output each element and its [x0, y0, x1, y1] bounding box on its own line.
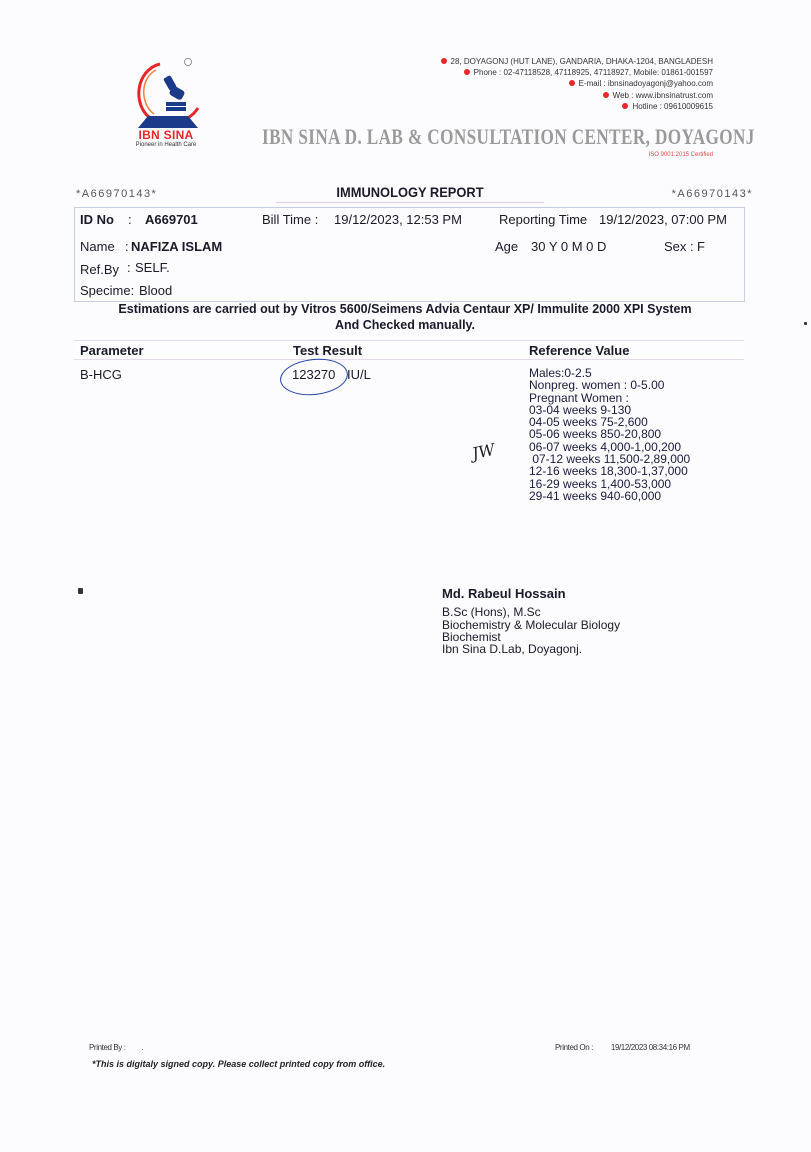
scan-artifact — [804, 322, 807, 325]
contact-hotline: Hotline : 09610009615 — [441, 101, 713, 112]
bullet-icon — [569, 80, 575, 86]
printed-on-value: 19/12/2023 08:34:16 PM — [611, 1043, 690, 1052]
bullet-icon — [441, 58, 447, 64]
reference-line: 12-16 weeks 18,300-1,37,000 — [529, 465, 690, 477]
patient-info-box: ID No : A669701 Bill Time : 19/12/2023, … — [74, 207, 745, 302]
id-value: A669701 — [145, 212, 198, 227]
parameter-bhcg: B-HCG — [80, 367, 122, 382]
refby-label: Ref.By — [80, 262, 119, 277]
handwritten-circle-annotation — [278, 356, 349, 399]
contact-phone: Phone : 02-47118528, 47118925, 47118927,… — [441, 67, 713, 78]
iso-certification: ISO 9001:2015 Certified — [649, 152, 713, 158]
refby-colon: : — [127, 260, 131, 275]
name-colon: : — [125, 239, 129, 254]
specimen-label: Specime: — [80, 283, 134, 298]
barcode-id-right: *A66970143* — [672, 188, 753, 200]
scan-artifact — [78, 588, 83, 594]
contact-address: 28, DOYAGONJ (HUT LANE), GANDARIA, DHAKA… — [441, 56, 713, 67]
printed-by: Printed By : . — [89, 1043, 143, 1052]
bill-time-label: Bill Time : — [262, 212, 318, 227]
specimen-value: Blood — [139, 283, 172, 298]
estimation-note: Estimations are carried out by Vitros 56… — [60, 301, 750, 333]
barcode-id-left: *A66970143* — [76, 188, 157, 200]
reporting-time-value: 19/12/2023, 07:00 PM — [599, 212, 727, 227]
reference-line: 05-06 weeks 850-20,800 — [529, 428, 690, 440]
signatory-name: Md. Rabeul Hossain — [442, 588, 620, 600]
bullet-icon — [622, 103, 628, 109]
estimation-line-2: And Checked manually. — [60, 317, 750, 333]
report-title: IMMUNOLOGY REPORT — [276, 184, 545, 203]
header-parameter: Parameter — [80, 343, 144, 358]
reference-line: Nonpreg. women : 0-5.00 — [529, 379, 690, 391]
id-colon: : — [128, 212, 132, 227]
estimation-line-1: Estimations are carried out by Vitros 56… — [60, 301, 750, 317]
results-table-header: Parameter Test Result Reference Value — [74, 340, 744, 360]
logo-name: IBN SINA — [126, 128, 206, 142]
printed-by-value: . — [141, 1043, 143, 1052]
patient-name: NAFIZA ISLAM — [131, 239, 222, 254]
printed-on-label: Printed On : — [555, 1043, 593, 1052]
signatory-block: Md. Rabeul Hossain B.Sc (Hons), M.Sc Bio… — [442, 588, 620, 655]
id-label: ID No — [80, 212, 114, 227]
sex-label: Sex : — [664, 239, 694, 254]
header-reference-value: Reference Value — [529, 343, 629, 358]
printed-on: Printed On :19/12/2023 08:34:16 PM — [555, 1043, 690, 1052]
contact-web: Web : www.ibnsinatrust.com — [441, 90, 713, 101]
reference-values: Males:0-2.5 Nonpreg. women : 0-5.00 Preg… — [529, 367, 690, 502]
lab-title: IBN SINA D. LAB & CONSULTATION CENTER, D… — [262, 124, 755, 150]
reporting-time-label: Reporting Time — [499, 212, 587, 227]
digital-signature-note: *This is digitaly signed copy. Please co… — [92, 1059, 385, 1069]
bullet-icon — [603, 92, 609, 98]
logo-tagline: Pioneer in Health Care — [110, 142, 222, 148]
contact-block: 28, DOYAGONJ (HUT LANE), GANDARIA, DHAKA… — [441, 56, 713, 112]
contact-email: E-mail : ibnsinadoyagonj@yahoo.com — [441, 78, 713, 89]
sex-value: F — [697, 239, 705, 254]
handwritten-initials: JW — [470, 440, 496, 463]
age-value: 30 Y 0 M 0 D — [531, 239, 606, 254]
name-label: Name — [80, 239, 115, 254]
bullet-icon — [464, 69, 470, 75]
header-test-result: Test Result — [293, 343, 362, 358]
signatory-lab: Ibn Sina D.Lab, Doyagonj. — [442, 643, 620, 655]
refby-value: SELF. — [135, 260, 170, 275]
printed-by-label: Printed By : — [89, 1043, 126, 1052]
reference-line: 29-41 weeks 940-60,000 — [529, 490, 690, 502]
signatory-degree: B.Sc (Hons), M.Sc — [442, 606, 620, 618]
microscope-logo-icon — [118, 52, 218, 132]
result-unit: IU/L — [347, 367, 371, 382]
age-label: Age — [495, 239, 518, 254]
bill-time-value: 19/12/2023, 12:53 PM — [334, 212, 462, 227]
